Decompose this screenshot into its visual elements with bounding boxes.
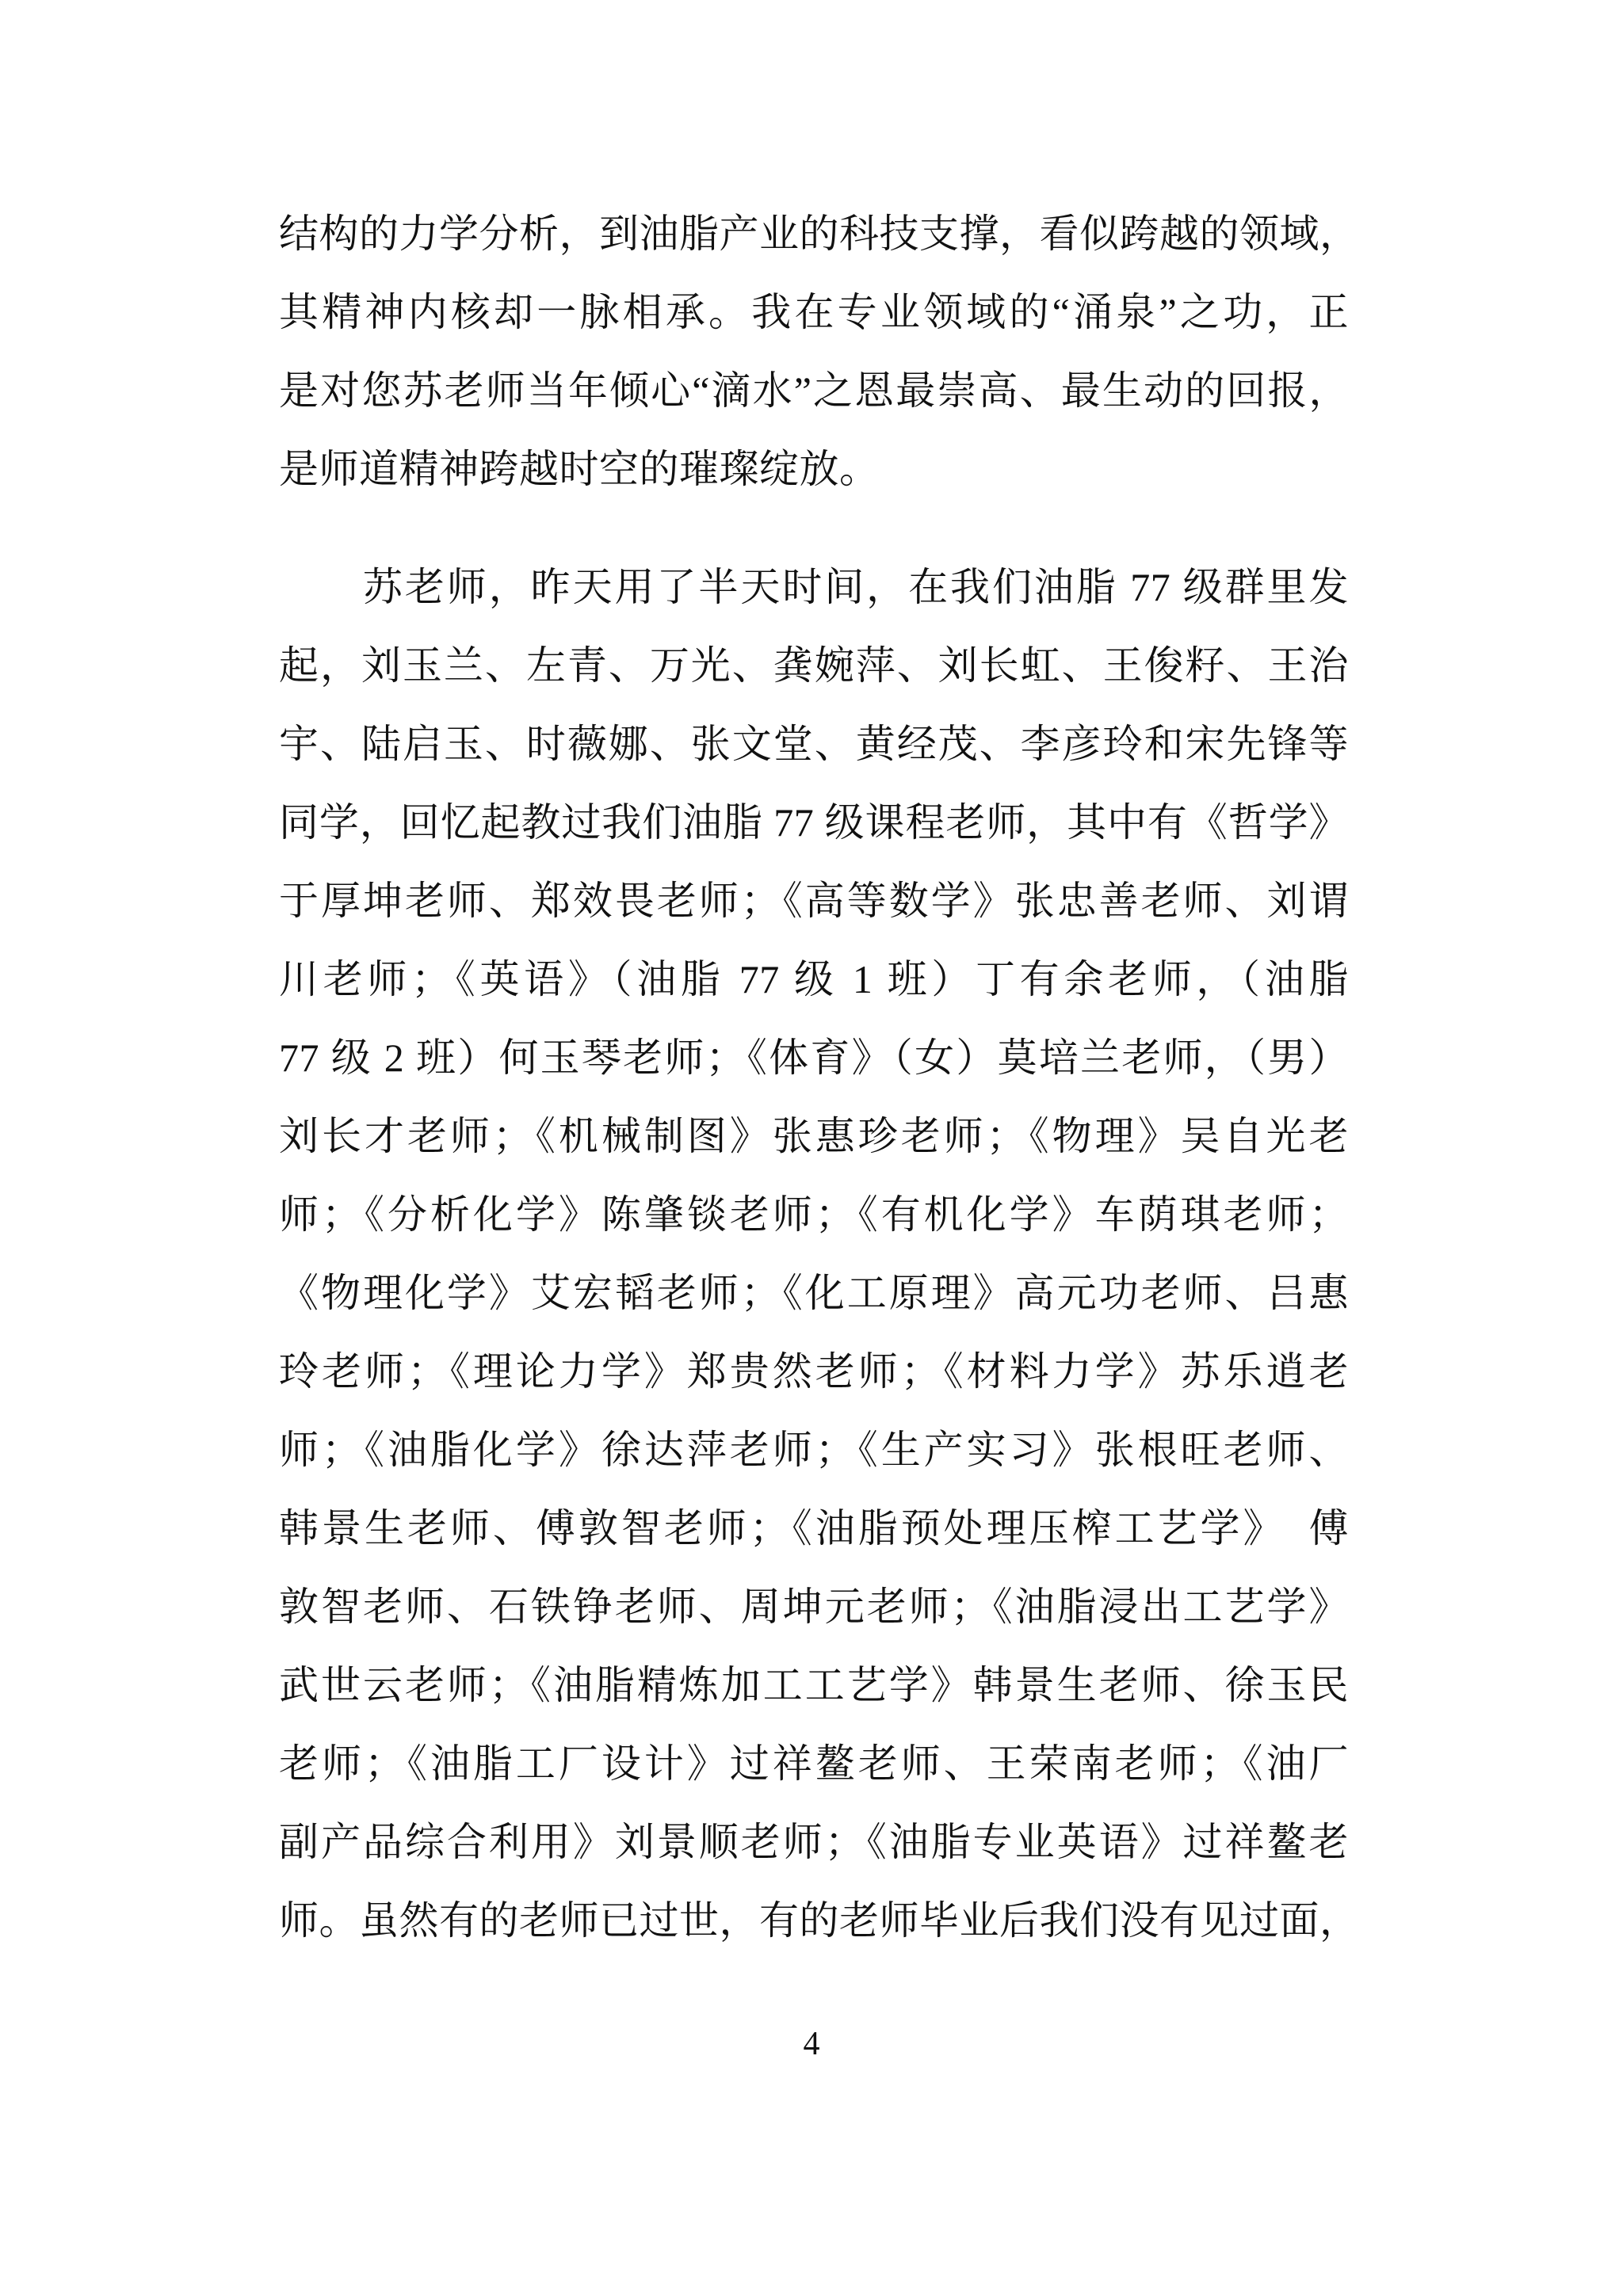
page-number: 4 xyxy=(0,2025,1623,2063)
text-line: 77 级 2 班）何玉琴老师；《体育》（女）莫培兰老师，（男） xyxy=(279,1019,1349,1097)
text-line: 刘长才老师；《机械制图》张惠珍老师；《物理》吴自光老 xyxy=(279,1097,1349,1176)
text-line: 同学，回忆起教过我们油脂 77 级课程老师，其中有《哲学》 xyxy=(279,784,1349,862)
text-line: 是师道精神跨越时空的璀璨绽放。 xyxy=(279,430,1349,509)
paragraph-1: 结构的力学分析，到油脂产业的科技支撑，看似跨越的领域，其精神内核却一脉相承。我在… xyxy=(279,195,1349,509)
text-line: 起，刘玉兰、左青、万光、龚婉萍、刘长虹、王俊籽、王治 xyxy=(279,627,1349,705)
text-line: 其精神内核却一脉相承。我在专业领域的“涌泉”之功，正 xyxy=(279,273,1349,352)
document-page: 结构的力学分析，到油脂产业的科技支撑，看似跨越的领域，其精神内核却一脉相承。我在… xyxy=(0,0,1623,2296)
text-line: 师；《油脂化学》徐达萍老师；《生产实习》张根旺老师、 xyxy=(279,1411,1349,1489)
text-line: 副产品综合利用》刘景顺老师；《油脂专业英语》过祥鳌老 xyxy=(279,1803,1349,1882)
text-line: 韩景生老师、傅敦智老师；《油脂预处理压榨工艺学》 傅 xyxy=(279,1489,1349,1568)
text-line: 老师；《油脂工厂设计》过祥鳌老师、王荣南老师；《油厂 xyxy=(279,1725,1349,1803)
paragraph-2: 苏老师，昨天用了半天时间，在我们油脂 77 级群里发起，刘玉兰、左青、万光、龚婉… xyxy=(279,548,1349,1960)
text-line: 苏老师，昨天用了半天时间，在我们油脂 77 级群里发 xyxy=(279,548,1349,627)
text-line: 结构的力学分析，到油脂产业的科技支撑，看似跨越的领域， xyxy=(279,195,1349,273)
text-line: 玲老师；《理论力学》郑贵然老师；《材料力学》苏乐逍老 xyxy=(279,1333,1349,1411)
body-text: 结构的力学分析，到油脂产业的科技支撑，看似跨越的领域，其精神内核却一脉相承。我在… xyxy=(279,195,1349,1960)
text-line: 《物理化学》艾宏韬老师；《化工原理》高元功老师、吕惠 xyxy=(279,1254,1349,1333)
text-line: 师。虽然有的老师已过世，有的老师毕业后我们没有见过面， xyxy=(279,1882,1349,1960)
text-line: 敦智老师、石铁铮老师、周坤元老师；《油脂浸出工艺学》 xyxy=(279,1568,1349,1646)
text-line: 川老师；《英语》（油脂 77 级 1 班）丁有余老师，（油脂 xyxy=(279,940,1349,1019)
text-line: 师；《分析化学》陈肇锬老师；《有机化学》车荫琪老师； xyxy=(279,1176,1349,1254)
text-line: 是对您苏老师当年倾心“滴水”之恩最崇高、最生动的回报， xyxy=(279,352,1349,430)
text-line: 宇、陆启玉、时薇娜、张文堂、黄经茂、李彦玲和宋先锋等 xyxy=(279,705,1349,784)
text-line: 武世云老师；《油脂精炼加工工艺学》韩景生老师、徐玉民 xyxy=(279,1646,1349,1725)
text-line: 于厚坤老师、郑效畏老师；《高等数学》张忠善老师、刘谓 xyxy=(279,862,1349,940)
